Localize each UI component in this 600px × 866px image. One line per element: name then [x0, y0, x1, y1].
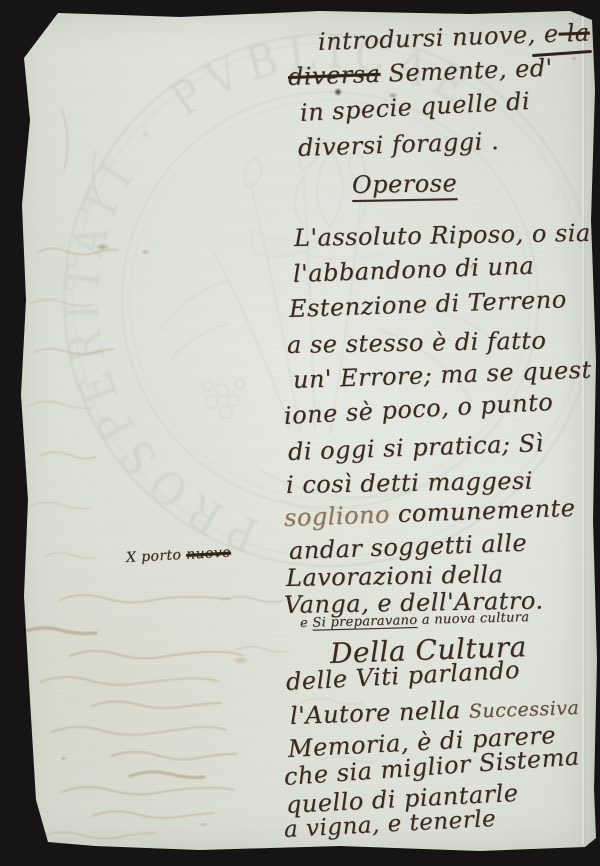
manuscript-line: di oggi si pratica; Sì	[288, 429, 545, 466]
manuscript-line: diversa Semente, ed'	[288, 54, 554, 91]
manuscript-line: L'assoluto Riposo, o sia	[294, 219, 591, 252]
manuscript-line: Estenzione di Terreno	[289, 285, 568, 323]
foxing-spot	[198, 822, 209, 827]
manuscript-text: introdursi nuove, e	[318, 20, 560, 56]
manuscript-line: introdursi nuove, e la	[318, 19, 591, 56]
struck-word: la	[558, 19, 590, 48]
foxing-spot	[571, 56, 577, 61]
photo-background: { "document": { "type": "handwritten-man…	[0, 0, 600, 866]
underlined-text: Si preparavano	[312, 613, 417, 631]
page-fold-line	[581, 12, 585, 844]
light-ink-word: Successiva	[468, 697, 579, 723]
section-heading: Operose	[352, 169, 458, 199]
manuscript-photo: PROSPERITATI · PVBLICAE	[0, 0, 600, 866]
manuscript-text: comunemente	[389, 494, 576, 528]
margin-note-marker: X	[126, 549, 142, 566]
foxing-spot	[95, 243, 110, 251]
margin-note-word: porto	[141, 547, 187, 565]
manuscript-line: l'abbandono di una	[293, 252, 535, 288]
foxing-spot	[60, 756, 67, 761]
margin-note: X porto nuovo	[126, 545, 232, 566]
foxing-spot	[232, 656, 250, 665]
manuscript-line: i così detti maggesi	[286, 467, 533, 499]
faded-word: sogliono	[284, 500, 391, 532]
manuscript-line: delle Viti parlando	[285, 656, 520, 696]
manuscript-line: sogliono comunemente	[284, 494, 576, 532]
foxing-spot	[141, 249, 150, 255]
manuscript-line: ione sè poco, o punto	[283, 388, 554, 430]
manuscript-line: diversi foraggi .	[298, 127, 500, 162]
manuscript-text: a nuova cultura	[417, 610, 529, 628]
manuscript-line: a se stesso è di fatto	[287, 326, 547, 359]
margin-note-struck-word: nuovo	[186, 545, 232, 563]
struck-word: diversa	[288, 60, 381, 91]
manuscript-text: Semente, ed'	[380, 54, 553, 88]
manuscript-text: e	[300, 616, 313, 631]
manuscript-page: PROSPERITATI · PVBLICAE	[0, 0, 600, 866]
manuscript-text: l'Autore nella	[290, 696, 470, 730]
